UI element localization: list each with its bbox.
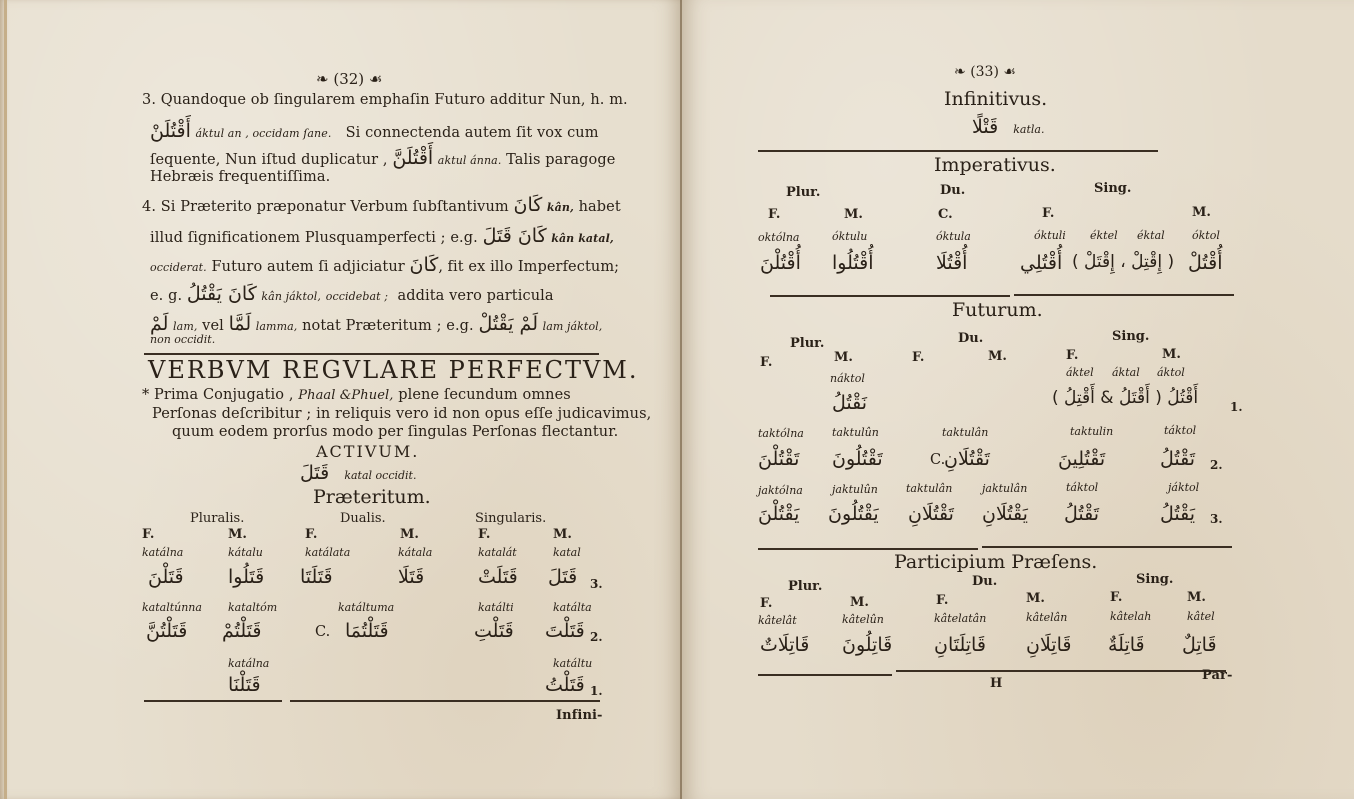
transliteration: jaktulân [982, 482, 1027, 495]
header-plural: Plur. [788, 579, 822, 594]
gender-m: M. [1162, 347, 1181, 362]
transliteration: katal [553, 546, 581, 559]
arabic-word: قَاتِلَاتٌ [760, 634, 809, 656]
arabic-word: يَقْتُلُ [1160, 503, 1195, 525]
gender-f: F. [1066, 348, 1078, 363]
body-text: notat Præteritum ; e.g. [302, 318, 474, 334]
infinitivus-form: قَتْلًا katla. [972, 116, 1044, 138]
transliteration: jáktol [1168, 481, 1199, 494]
person-number: 1. [590, 684, 603, 698]
transliteration: óktula [936, 230, 971, 243]
person-number: 2. [590, 630, 603, 644]
catchword: Par- [1202, 668, 1233, 683]
section-title: VERBVM REGVLARE PERFECTVM. [148, 356, 639, 384]
arabic-word: قَتَلْتُنَّ [146, 620, 187, 642]
transliteration: éktel [1090, 229, 1118, 242]
arabic-word: كَانَ [514, 194, 543, 216]
gender-f: F. [1042, 206, 1054, 221]
transliteration: áktul an , occidam ſane. [195, 127, 331, 140]
futurum-title: Futurum. [952, 299, 1043, 321]
left-page: ❧ (32) ☙ 3. Quandoque ob ſingularem emph… [0, 0, 682, 799]
arabic-word: قَتَلَ [548, 566, 577, 588]
arabic-word: قَتَلْنَ [148, 566, 184, 588]
page-number-header: ❧ (32) ☙ [316, 70, 382, 88]
arabic-word: أُقْتُلَا [936, 252, 967, 274]
transliteration: kân, [547, 201, 574, 214]
header-singular: Sing. [1094, 181, 1131, 196]
transliteration: kátalu [228, 546, 263, 559]
gender-f: F. [912, 350, 924, 365]
body-text: vel [202, 318, 224, 334]
body-text: Futuro autem ſi adjiciatur [211, 259, 404, 275]
header-plural: Plur. [786, 185, 820, 200]
transliteration: katálta [553, 601, 592, 614]
catchword: Infini- [556, 708, 603, 723]
para4-line6: non occidit. [150, 333, 215, 346]
activum-heading: ACTIVUM. [316, 442, 419, 461]
transliteration: katálna [142, 546, 183, 559]
signature-mark: H [990, 676, 1002, 691]
divider [896, 670, 1226, 672]
ornament-icon: ☙ [1003, 64, 1016, 80]
gender-m: M. [844, 207, 863, 222]
arabic-word: قَتَلَتَا [300, 566, 333, 588]
gender-f: F. [305, 527, 317, 542]
header-dual: Du. [972, 574, 997, 589]
participium-title: Participium Præſens. [894, 551, 1097, 573]
arabic-word: ( إِقْتِلْ ، إِقْتَلْ ) [1072, 252, 1174, 272]
gender-f: F. [936, 593, 948, 608]
common-gender-label: C. [315, 624, 330, 640]
transliteration: katálata [305, 546, 350, 559]
arabic-word: لَمْ يَقْتُلْ [478, 313, 538, 335]
gender-f: F. [142, 527, 154, 542]
book-spread: ❧ (32) ☙ 3. Quandoque ob ſingularem emph… [0, 0, 1354, 799]
transliteration: jaktulûn [832, 483, 878, 496]
gender-f: F. [478, 527, 490, 542]
arabic-word: قَتَلَ [300, 462, 329, 484]
arabic-word: تَقْتُلَانِ [908, 503, 954, 525]
transliteration: kâtel [1187, 610, 1215, 623]
gender-m: M. [400, 527, 419, 542]
transliteration: kâtelûn [842, 613, 884, 626]
para3-line2: أَقْتُلَنْ áktul an , occidam ſane. Si c… [150, 120, 599, 142]
transliteration: óktol [1192, 229, 1220, 242]
para4-line4: e. g. كَانَ يَقْتُلُ kân jáktol, occideb… [150, 283, 554, 305]
transliteration: óktuli [1034, 229, 1066, 242]
divider [290, 700, 600, 702]
arabic-word: قَتْلًا [972, 116, 998, 138]
body-text: * Prima Conjugatio , [142, 387, 294, 403]
header-pluralis: Pluralis. [190, 511, 244, 526]
transliteration: áktol [1157, 366, 1185, 379]
transliteration: katáltuma [338, 601, 394, 614]
transliteration: taktulûn [832, 426, 879, 439]
transliteration: áktel [1066, 366, 1094, 379]
gender-m: M. [1192, 205, 1211, 220]
transliteration: éktal [1137, 229, 1165, 242]
header-singular: Sing. [1112, 329, 1149, 344]
para3-line1: 3. Quandoque ob ſingularem emphaſin Futu… [142, 92, 628, 108]
gender-c: C. [938, 207, 953, 222]
body-text: habet [579, 199, 621, 215]
page-number-header: ❧ (33) ☙ [954, 64, 1016, 80]
transliteration: taktólna [758, 427, 804, 440]
arabic-word: قَتَلْتِ [474, 620, 514, 642]
arabic-word: قَاتِلٌ [1182, 634, 1217, 656]
arabic-word: قَاتِلَةٌ [1108, 634, 1145, 656]
header-dualis: Dualis. [340, 511, 386, 526]
divider [758, 150, 1158, 152]
body-text: plene ſecundum omnes [398, 387, 571, 403]
body-text: Talis paragoge [506, 152, 615, 168]
infinitivus-title: Infinitivus. [944, 88, 1047, 110]
transliteration: taktulân [906, 482, 952, 495]
transliteration: kâtelah [1110, 610, 1151, 623]
para4-line5: لَمْ lam, vel لَمَّا lamma, notat Præter… [150, 313, 602, 335]
arabic-word: تَقْتُلَانِ [944, 448, 990, 470]
divider [144, 700, 282, 702]
gender-m: M. [834, 350, 853, 365]
note-line2: Perſonas deſcribitur ; in reliquis vero … [152, 406, 651, 422]
gender-m: M. [553, 527, 572, 542]
arabic-word: يَقْتُلُونَ [828, 503, 879, 525]
arabic-word: تَقْتُلُ [1160, 448, 1195, 470]
arabic-word: قَتَلُوا [228, 566, 264, 588]
page-number: (33) [970, 64, 999, 80]
transliteration: táktol [1066, 481, 1098, 494]
ornament-icon: ❧ [316, 70, 329, 88]
page-edge [4, 0, 7, 799]
arabic-word: قَتَلْنَا [228, 674, 261, 696]
arabic-word: قَتَلْتُمَا [345, 620, 389, 642]
header-dual: Du. [958, 331, 983, 346]
body-text: 4. Si Præterito præponatur Verbum ſubſta… [142, 199, 509, 215]
arabic-word: لَمْ [150, 313, 168, 335]
person-number: 3. [1210, 512, 1223, 526]
divider [758, 674, 892, 676]
arabic-word: قَتَلَا [398, 566, 424, 588]
gender-m: M. [1026, 591, 1045, 606]
transliteration: katal occidit. [344, 469, 416, 482]
right-page: ❧ (33) ☙ Infinitivus. قَتْلًا katla. Imp… [682, 0, 1354, 799]
arabic-word: أَقْتُلَنَّ [392, 147, 433, 169]
gender-m: M. [1187, 590, 1206, 605]
para4-line2: illud ſignificationem Plusquamperfecti ;… [150, 225, 614, 247]
transliteration: taktulân [942, 426, 988, 439]
transliteration: katáltu [553, 657, 592, 670]
arabic-word: أُقْتُلْنَ [760, 252, 801, 274]
transliteration: októlna [758, 231, 800, 244]
header-singular: Sing. [1136, 572, 1173, 587]
note-line3: quum eodem prorſus modo per ſingulas Per… [172, 424, 618, 440]
arabic-word: كَانَ يَقْتُلُ [187, 283, 257, 305]
body-text: , fit ex illo Imperfectum; [438, 259, 619, 275]
transliteration: occiderat. [150, 261, 207, 274]
italic-text: Phaal &Phuel, [298, 388, 393, 403]
arabic-word: نَقْتُلُ [832, 392, 867, 414]
transliteration: katálti [478, 601, 514, 614]
arabic-word: قَتَلْتَ [545, 620, 585, 642]
header-singularis: Singularis. [475, 511, 546, 526]
gender-f: F. [760, 596, 772, 611]
transliteration: kân jáktol, [261, 290, 321, 303]
para4-line3: occiderat. Futuro autem ſi adjiciatur كَ… [150, 254, 619, 276]
note-line1: * Prima Conjugatio , Phaal &Phuel, plene… [142, 387, 571, 403]
divider [1014, 294, 1234, 296]
person-number: 1. [1230, 400, 1243, 414]
arabic-word: تَقْتُلُ [1064, 503, 1099, 525]
body-text: ſequente, Nun iſtud duplicatur , [150, 152, 388, 168]
arabic-word: كَانَ [410, 254, 439, 276]
transliteration: kân katal, [551, 232, 614, 245]
arabic-word: أَقْتُلَنْ [150, 120, 191, 142]
transliteration: lamma, [256, 320, 298, 333]
transliteration: óktulu [832, 230, 867, 243]
divider [144, 353, 599, 355]
transliteration: jaktólna [758, 484, 803, 497]
arabic-word: تَقْتُلِينَ [1058, 448, 1105, 470]
body-text: illud ſignificationem Plusquamperfecti ;… [150, 230, 478, 246]
arabic-word: لَمَّا [229, 313, 252, 335]
transliteration: náktol [830, 372, 865, 385]
body-text: addita vero particula [397, 288, 553, 304]
arabic-word: قَاتِلَتَانِ [934, 634, 986, 656]
gender-f: F. [768, 207, 780, 222]
praeteritum-title: Præteritum. [313, 486, 431, 508]
transliteration: katla. [1013, 123, 1044, 136]
root-verb: قَتَلَ katal occidit. [300, 462, 416, 484]
transliteration: áktal [1112, 366, 1140, 379]
transliteration: lam jáktol, [543, 320, 603, 333]
para4-line1: 4. Si Præterito præponatur Verbum ſubſta… [142, 194, 621, 216]
divider [982, 546, 1232, 548]
body-text: Si connectenda autem ſit vox cum [346, 125, 599, 141]
gender-m: M. [988, 349, 1007, 364]
transliteration: taktulin [1070, 425, 1113, 438]
gender-m: M. [850, 595, 869, 610]
arabic-word: كَانَ قَتَلَ [483, 225, 547, 247]
arabic-word: يَقْتُلَانِ [982, 503, 1028, 525]
transliteration: táktol [1164, 424, 1196, 437]
transliteration: kâtelât [758, 614, 797, 627]
header-dual: Du. [940, 183, 965, 198]
gender-f: F. [760, 355, 772, 370]
imperativus-title: Imperativus. [934, 154, 1056, 176]
gender-m: M. [228, 527, 247, 542]
arabic-word: تَقْتُلُونَ [832, 448, 883, 470]
arabic-word: تَقْتُلْنَ [758, 448, 799, 470]
person-number: 3. [590, 577, 603, 591]
transliteration: kátala [398, 546, 432, 559]
ornament-icon: ❧ [954, 64, 966, 80]
arabic-word: قَتَلْتُمْ [222, 620, 261, 642]
transliteration: katalát [478, 546, 517, 559]
transliteration: kâtelân [1026, 611, 1067, 624]
arabic-word: قَتَلْتُ [545, 674, 585, 696]
ornament-icon: ☙ [369, 70, 382, 88]
arabic-word: أُقْتُلِي [1020, 252, 1062, 274]
gender-f: F. [1110, 590, 1122, 605]
transliteration: kataltóm [228, 601, 277, 614]
arabic-word: قَاتِلُونَ [842, 634, 892, 656]
transliteration: occidebat ; [326, 290, 388, 303]
arabic-word: يَقْتُلْنَ [758, 503, 799, 525]
page-number: (32) [333, 70, 364, 88]
arabic-word: أَقْتُلُ ( أَقْتَلُ & أَقْتِلُ ) [1052, 388, 1198, 408]
transliteration: kâtelatân [934, 612, 986, 625]
transliteration: lam, [173, 320, 197, 333]
para3-line3: ſequente, Nun iſtud duplicatur , أَقْتُل… [150, 147, 615, 169]
person-number: 2. [1210, 458, 1223, 472]
header-plural: Plur. [790, 336, 824, 351]
transliteration: katálna [228, 657, 269, 670]
divider [770, 295, 1010, 297]
divider [758, 548, 978, 550]
transliteration: kataltúnna [142, 601, 202, 614]
arabic-word: أُقْتُلْ [1188, 252, 1222, 274]
arabic-word: قَتَلَتْ [478, 566, 518, 588]
arabic-word: أُقْتُلُوا [832, 252, 873, 274]
transliteration: aktul ánna. [438, 154, 502, 167]
para3-line4: Hebræis frequentiſſima. [150, 169, 330, 185]
arabic-word: قَاتِلَانِ [1026, 634, 1071, 656]
body-text: e. g. [150, 288, 182, 304]
